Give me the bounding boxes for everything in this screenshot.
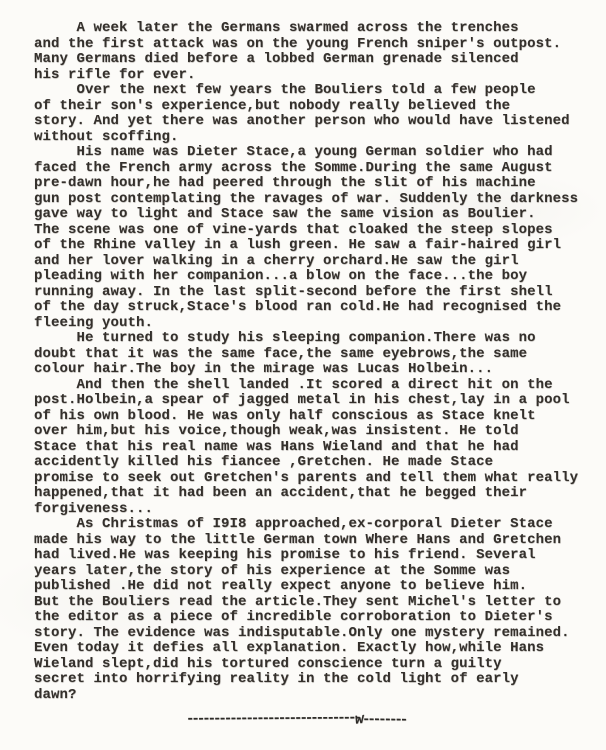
text-line: published .He did not really expect anyo… [34, 579, 594, 595]
text-line: He turned to study his sleeping companio… [34, 331, 594, 347]
typewritten-text-block: A week later the Germans swarmed across … [34, 21, 594, 725]
text-line: had lived.He was keeping his promise to … [34, 548, 594, 564]
text-line: years later,the story of his experience … [34, 564, 594, 580]
text-line: story. And yet there was another person … [34, 114, 594, 130]
text-line: happened,that it had been an accident,th… [34, 486, 594, 502]
text-line: secret into horrifying reality in the co… [34, 672, 594, 688]
text-line: dawn? [34, 688, 594, 704]
text-line: story. The evidence was indisputable.Onl… [34, 626, 594, 642]
divider-dashes-left: -------------------------------- [186, 710, 359, 727]
text-line: post.Holbein,a spear of jagged metal in … [34, 393, 594, 409]
text-line: Wieland slept,did his tortured conscienc… [34, 657, 594, 673]
text-line: A week later the Germans swarmed across … [34, 21, 594, 37]
divider-dashes-right: -------- [362, 712, 405, 728]
text-line: colour hair.The boy in the mirage was Lu… [34, 362, 594, 378]
text-line: of the day struck,Stace's blood ran cold… [34, 300, 594, 316]
section-divider: --------------------------------w-------… [186, 710, 594, 727]
text-line: Over the next few years the Bouliers tol… [34, 83, 594, 99]
text-line: the editor as a piece of incredible corr… [34, 610, 594, 626]
text-line: Many Germans died before a lobbed German… [34, 52, 594, 68]
text-line: pre-dawn hour,he had peered through the … [34, 176, 594, 192]
text-line: and her lover walking in a cherry orchar… [34, 254, 594, 270]
text-line: accidently killed his fiancee ,Gretchen.… [34, 455, 594, 471]
text-line: gave way to light and Stace saw the same… [34, 207, 594, 223]
text-line: over him,but his voice,though weak,was i… [34, 424, 594, 440]
text-line: doubt that it was the same face,the same… [34, 347, 594, 363]
text-line: gun post contemplating the ravages of wa… [34, 192, 594, 208]
text-line: fleeing youth. [34, 316, 594, 332]
text-line: His name was Dieter Stace,a young German… [34, 145, 594, 161]
text-line: made his way to the little German town W… [34, 533, 594, 549]
text-line: But the Bouliers read the article.They s… [34, 595, 594, 611]
text-line: Even today it defies all explanation. Ex… [34, 641, 594, 657]
text-line: his rifle for ever. [34, 68, 594, 84]
text-line: promise to seek out Gretchen's parents a… [34, 471, 594, 487]
text-line: of the Rhine valley in a lush green. He … [34, 238, 594, 254]
text-line: of their son's experience,but nobody rea… [34, 99, 594, 115]
text-line: Stace that his real name was Hans Wielan… [34, 440, 594, 456]
text-line: pleading with her companion...a blow on … [34, 269, 594, 285]
text-line: running away. In the last split-second b… [34, 285, 594, 301]
text-line: of his own blood. He was only half consc… [34, 409, 594, 425]
text-line: faced the French army across the Somme.D… [34, 161, 594, 177]
text-line: forgiveness... [34, 502, 594, 518]
text-line: without scoffing. [34, 130, 594, 146]
text-line: And then the shell landed .It scored a d… [34, 378, 594, 394]
text-line: The scene was one of vine-yards that clo… [34, 223, 594, 239]
text-line: and the first attack was on the young Fr… [34, 37, 594, 53]
text-line: As Christmas of I9I8 approached,ex-corpo… [34, 517, 594, 533]
paper-background: A week later the Germans swarmed across … [0, 0, 606, 750]
